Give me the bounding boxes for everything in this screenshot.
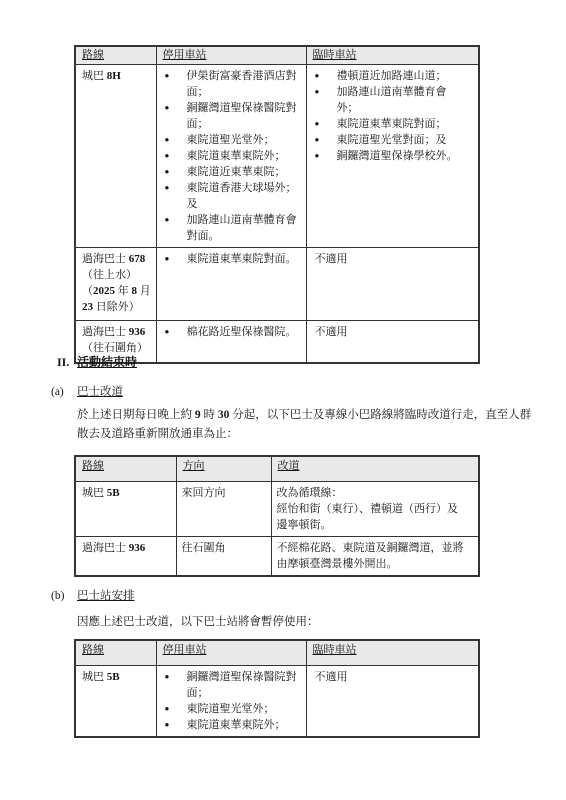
detail-cell: 不經棉花路、東院道及銅鑼灣道，並將 由摩頓臺灣景樓外開出。 [271, 536, 479, 576]
route-cell: 城巴 5B [75, 665, 156, 737]
header-closed-stops: 停用車站 [156, 640, 306, 665]
stop-name: 東院道東華東院外； [187, 717, 304, 733]
list-item: ●東院道聖光堂對面；及 [315, 132, 477, 148]
subsection-title: 巴士站安排 [77, 587, 135, 603]
header-detail: 改道 [271, 456, 479, 481]
bullet-icon: ● [315, 84, 337, 100]
stop-name: 加路連山道南華體育會 外； [337, 84, 477, 116]
temporary-stops-cell: 不適用 [306, 321, 479, 363]
list-item: ●伊榮街富豪香港酒店對 面； [165, 68, 304, 100]
stop-name: 伊榮街富豪香港酒店對 面； [187, 68, 304, 100]
list-item: ●銅鑼灣道聖保祿醫院對 面； [165, 100, 304, 132]
stop-name: 棉花路近聖保祿醫院。 [187, 324, 304, 340]
subsection-label: (a) [51, 386, 77, 398]
stop-name: 東院道近東華東院； [187, 164, 304, 180]
route-cell: 城巴 5B [75, 481, 176, 536]
bullet-icon: ● [315, 116, 337, 132]
route-cell: 過海巴士 678 （往上水） （2025 年 8 月 23 日除外） [75, 248, 156, 321]
temporary-stops-cell: 不適用 [306, 248, 479, 321]
bullet-icon: ● [165, 180, 187, 196]
list-item: ●禮頓道近加路連山道； [315, 68, 477, 84]
bullet-icon: ● [165, 701, 187, 717]
bullet-icon: ● [315, 68, 337, 84]
table-row: 城巴 8H ●伊榮街富豪香港酒店對 面； ●銅鑼灣道聖保祿醫院對 面； ●東院道… [75, 65, 479, 248]
direction-cell: 來回方向 [176, 481, 271, 536]
header-route: 路線 [75, 46, 156, 65]
direction-cell: 往石圍角 [176, 536, 271, 576]
table-header-row: 路線 停用車站 臨時車站 [75, 640, 479, 665]
bullet-icon: ● [165, 669, 187, 685]
bullet-icon: ● [165, 251, 187, 267]
stop-name: 東院道聖光堂外； [187, 701, 304, 717]
header-route: 路線 [75, 456, 176, 481]
bullet-icon: ● [165, 68, 187, 84]
header-closed-stops: 停用車站 [156, 46, 306, 65]
bullet-icon: ● [165, 324, 187, 340]
bullet-icon: ● [165, 100, 187, 116]
stop-name: 禮頓道近加路連山道； [337, 68, 477, 84]
route-cell: 過海巴士 936 [75, 536, 176, 576]
table-row: 過海巴士 936 往石圍角 不經棉花路、東院道及銅鑼灣道，並將 由摩頓臺灣景樓外… [75, 536, 479, 576]
list-item: ●東院道香港大球場外；及 [165, 180, 304, 212]
list-item: ●東院道近東華東院； [165, 164, 304, 180]
list-item: ●銅鑼灣道聖保祿學校外。 [315, 148, 477, 164]
bullet-icon: ● [315, 148, 337, 164]
list-item: ●銅鑼灣道聖保祿醫院對 面； [165, 669, 304, 701]
table-row: 城巴 5B 來回方向 改為循環線： 經怡和街（東行）、禮頓道（西行）及 邊寧頓街… [75, 481, 479, 536]
stop-name: 銅鑼灣道聖保祿醫院對 面； [187, 669, 304, 701]
list-item: ●加路連山道南華體育會 外； [315, 84, 477, 116]
list-item: ●加路連山道南華體育會 對面。 [165, 212, 304, 244]
list-item: ●東院道聖光堂外； [165, 701, 304, 717]
stop-name: 東院道聖光堂對面；及 [337, 132, 477, 148]
table-header-row: 路線 方向 改道 [75, 456, 479, 481]
paragraph: 於上述日期每日晚上約 9 時 30 分起，以下巴士及專線小巴路線將臨時改道行走，… [77, 406, 543, 444]
table-row: 城巴 5B ●銅鑼灣道聖保祿醫院對 面； ●東院道聖光堂外； ●東院道東華東院外… [75, 665, 479, 737]
list-item: ●東院道東華東院外； [165, 717, 304, 733]
paragraph: 因應上述巴士改道，以下巴士站將會暫停使用： [77, 613, 543, 632]
header-direction: 方向 [176, 456, 271, 481]
table-row: 過海巴士 678 （往上水） （2025 年 8 月 23 日除外） ●東院道東… [75, 248, 479, 321]
stop-name: 東院道東華東院對面； [337, 116, 477, 132]
stop-name: 銅鑼灣道聖保祿學校外。 [337, 148, 477, 164]
table-header-row: 路線 停用車站 臨時車站 [75, 46, 479, 65]
section-numeral: II. [57, 355, 77, 370]
temporary-stops-cell: 不適用 [306, 665, 479, 737]
header-temporary-stops: 臨時車站 [306, 640, 479, 665]
list-item: ●東院道東華東院對面； [315, 116, 477, 132]
suspended-stops-start-table: 路線 停用車站 臨時車站 城巴 8H ●伊榮街富豪香港酒店對 面； ●銅鑼灣道聖… [74, 45, 480, 364]
header-route: 路線 [75, 640, 156, 665]
subsection-title: 巴士改道 [77, 383, 123, 399]
route-cell: 城巴 8H [75, 65, 156, 248]
bullet-icon: ● [165, 132, 187, 148]
header-temporary-stops: 臨時車站 [306, 46, 479, 65]
stop-name: 東院道東華東院外； [187, 148, 304, 164]
bullet-icon: ● [315, 132, 337, 148]
subsection-b-heading: (b) 巴士站安排 [51, 587, 135, 603]
closed-stops-cell: ●伊榮街富豪香港酒店對 面； ●銅鑼灣道聖保祿醫院對 面； ●東院道聖光堂外； … [156, 65, 306, 248]
closed-stops-cell: ●東院道東華東院對面。 [156, 248, 306, 321]
document-page: 路線 停用車站 臨時車站 城巴 8H ●伊榮街富豪香港酒店對 面； ●銅鑼灣道聖… [0, 0, 566, 800]
bullet-icon: ● [165, 717, 187, 733]
subsection-label: (b) [51, 590, 77, 602]
list-item: ●東院道聖光堂外； [165, 132, 304, 148]
section-title: 活動結束時 [77, 353, 137, 370]
bullet-icon: ● [165, 212, 187, 228]
list-item: ●東院道東華東院外； [165, 148, 304, 164]
subsection-a-heading: (a) 巴士改道 [51, 383, 123, 399]
stop-name: 東院道東華東院對面。 [187, 251, 304, 267]
closed-stops-cell: ●銅鑼灣道聖保祿醫院對 面； ●東院道聖光堂外； ●東院道東華東院外； [156, 665, 306, 737]
reroute-table: 路線 方向 改道 城巴 5B 來回方向 改為循環線： 經怡和街（東行）、禮頓道（… [74, 455, 480, 577]
list-item: ●東院道東華東院對面。 [165, 251, 304, 267]
bullet-icon: ● [165, 164, 187, 180]
list-item: ●棉花路近聖保祿醫院。 [165, 324, 304, 340]
detail-cell: 改為循環線： 經怡和街（東行）、禮頓道（西行）及 邊寧頓街。 [271, 481, 479, 536]
stop-name: 東院道香港大球場外；及 [187, 180, 304, 212]
bullet-icon: ● [165, 148, 187, 164]
closed-stops-cell: ●棉花路近聖保祿醫院。 [156, 321, 306, 363]
stop-name: 東院道聖光堂外； [187, 132, 304, 148]
stop-name: 銅鑼灣道聖保祿醫院對 面； [187, 100, 304, 132]
suspended-stops-end-table: 路線 停用車站 臨時車站 城巴 5B ●銅鑼灣道聖保祿醫院對 面； ●東院道聖光… [74, 639, 480, 738]
temporary-stops-cell: ●禮頓道近加路連山道； ●加路連山道南華體育會 外； ●東院道東華東院對面； ●… [306, 65, 479, 248]
section-heading: II. 活動結束時 [57, 353, 137, 370]
stop-name: 加路連山道南華體育會 對面。 [187, 212, 304, 244]
